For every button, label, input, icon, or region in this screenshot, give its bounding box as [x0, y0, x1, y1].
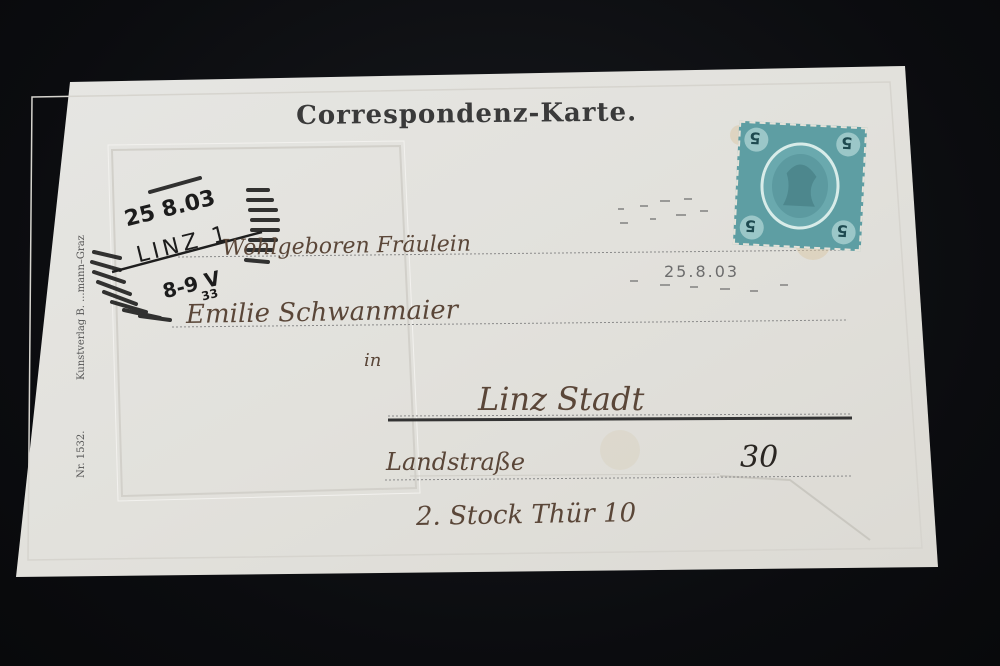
address-line-salutation: Wohlgeboren Fräulein	[222, 232, 471, 261]
publisher-imprint: Kunstverlag B. ...mann–Graz	[76, 235, 87, 380]
address-line-floor-door: 2. Stock Thür 10	[416, 498, 637, 532]
card-heading: Correspondenz-Karte.	[296, 97, 637, 131]
stamp-denomination-tr: 5	[841, 133, 853, 153]
address-line-house-number: 30	[740, 440, 778, 475]
stamp-denomination-tl: 5	[749, 128, 761, 148]
stamp-denomination-bl: 5	[744, 216, 756, 236]
address-line-city: Linz Stadt	[478, 380, 644, 418]
stamp-denomination-br: 5	[836, 221, 848, 241]
catalog-number: Nr. 1532.	[76, 431, 87, 478]
postcard: Correspondenz-Karte. Kunstverlag B. ...m…	[0, 0, 1000, 666]
postage-stamp: 5 5 5 5	[733, 121, 867, 252]
address-line-street: Landstraße	[386, 448, 525, 476]
address-line-name: Emilie Schwanmaier	[186, 295, 459, 330]
address-line-in: in	[364, 350, 381, 371]
postmark-right-date: 25.8.03	[664, 262, 739, 281]
